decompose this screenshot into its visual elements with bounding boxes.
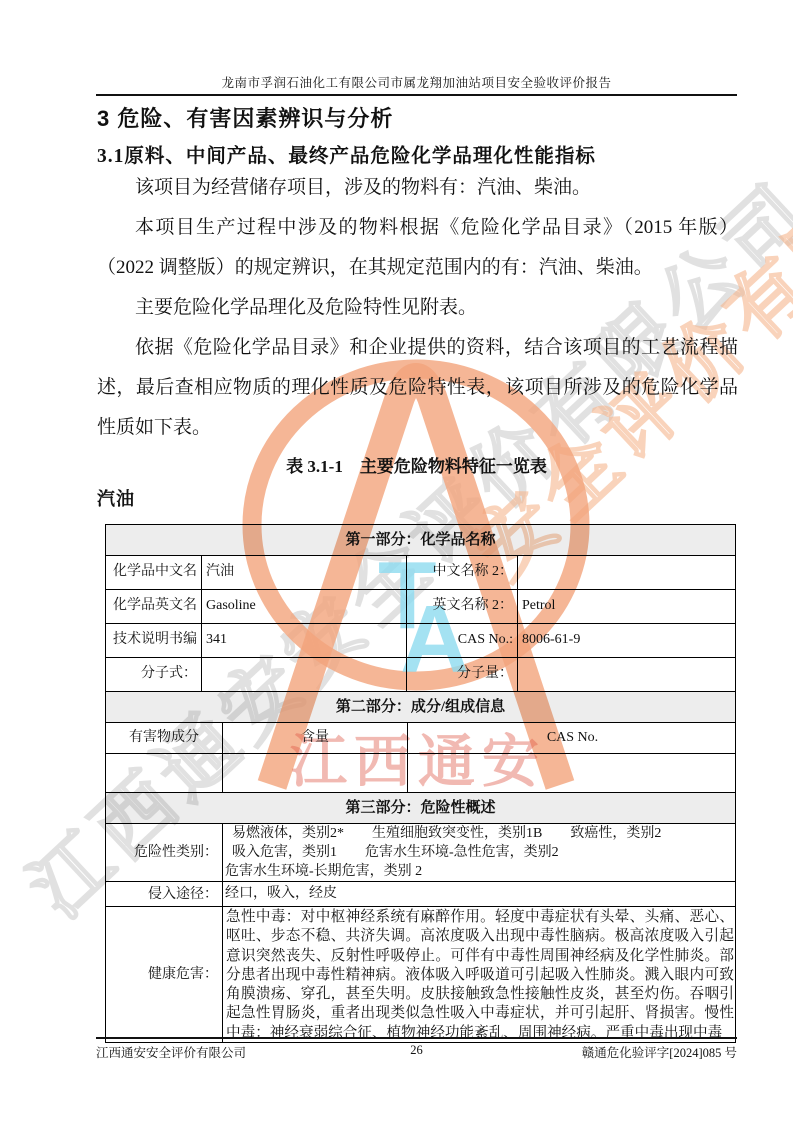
paragraph: 依据《危险化学品目录》和企业提供的资料，结合该项目的工艺流程描述，最后查相应物质…: [97, 328, 738, 448]
hazard-class-line: 危害水生环境-长期危害，类别 2: [223, 862, 737, 881]
table-row-hazard-class: 危险性类别： 易燃液体，类别2* 生殖细胞致突变性，类别1B 致癌性，类别2 吸…: [106, 824, 735, 882]
cell-value: Petrol: [518, 590, 737, 623]
cell-label: 英文名称 2：: [407, 590, 518, 623]
cell-value: 易燃液体，类别2* 生殖细胞致突变性，类别1B 致癌性，类别2 吸入危害，类别1…: [223, 824, 737, 881]
table-row: 技术说明书编码： 341 CAS No.: 8006-61-9: [106, 624, 735, 658]
cell-value: [408, 754, 737, 792]
paragraph: 本项目生产过程中涉及的物料根据《危险化学品目录》（2015 年版）（2022 调…: [97, 208, 738, 288]
table-row: 化学品英文名称： Gasoline 英文名称 2： Petrol: [106, 590, 735, 624]
cell-label: 中文名称 2：: [407, 556, 518, 589]
cell-value: [518, 556, 737, 589]
table-row: 分子式： 分子量：: [106, 658, 735, 692]
chapter-heading: 3 危险、有害因素辨识与分析: [97, 102, 393, 133]
column-header: 含量: [223, 723, 408, 753]
section-heading: 3.1原料、中间产品、最终产品危险化学品理化性能指标: [97, 140, 596, 168]
cell-value: [223, 754, 408, 792]
header-divider: [96, 94, 737, 96]
cell-value: [202, 658, 407, 691]
table-caption: 表 3.1-1 主要危险物料特征一览表: [96, 452, 737, 477]
table-row: [106, 754, 735, 793]
footer-company: 江西通安安全评价有限公司: [96, 1043, 246, 1061]
cell-value: 急性中毒：对中枢神经系统有麻醉作用。轻度中毒症状有头晕、头痛、恶心、呕吐、步态不…: [223, 907, 737, 1042]
page-header-title: 龙南市孚润石油化工有限公司市属龙翔加油站项目安全验收评价报告: [96, 73, 737, 91]
cell-value: 8006-61-9: [518, 624, 737, 657]
table-row: 化学品中文名称： 汽油 中文名称 2：: [106, 556, 735, 590]
cell-value: 341: [202, 624, 407, 657]
cell-label: 分子量：: [407, 658, 518, 691]
material-heading: 汽油: [97, 485, 135, 511]
cell-label: 侵入途径：: [106, 882, 223, 906]
document-page: 江西通安安全评价有限公司 安全评价有限公司 T A 江西通安 龙南市孚润石油化工…: [0, 0, 793, 1122]
cell-value: [518, 658, 737, 691]
footer-doc-number: 赣通危化验评字[2024]085 号: [582, 1043, 737, 1061]
cell-label: 技术说明书编码：: [106, 624, 202, 657]
cell-label: 健康危害：: [106, 907, 223, 1042]
document-content: 龙南市孚润石油化工有限公司市属龙翔加油站项目安全验收评价报告 3 危险、有害因素…: [0, 0, 793, 1122]
paragraph: 主要危险化学品理化及危险特性见附表。: [97, 288, 738, 328]
table-column-header-row: 有害物成分 含量 CAS No.: [106, 723, 735, 754]
hazard-characteristics-table: 第一部分：化学品名称 化学品中文名称： 汽油 中文名称 2： 化学品英文名称： …: [105, 524, 736, 1043]
cell-label: 危险性类别：: [106, 824, 223, 881]
column-header: CAS No.: [408, 723, 737, 753]
cell-label: CAS No.:: [407, 624, 518, 657]
cell-value: 经口，吸入，经皮: [223, 882, 737, 906]
body-paragraphs: 该项目为经营储存项目，涉及的物料有：汽油、柴油。 本项目生产过程中涉及的物料根据…: [97, 168, 738, 448]
table-part1-header: 第一部分：化学品名称: [106, 525, 735, 556]
table-row-entry-route: 侵入途径： 经口，吸入，经皮: [106, 882, 735, 907]
table-part3-header: 第三部分：危险性概述: [106, 793, 735, 824]
page-footer: 26 江西通安安全评价有限公司 赣通危化验评字[2024]085 号: [96, 1043, 737, 1061]
cell-value: Gasoline: [202, 590, 407, 623]
table-part2-header: 第二部分：成分/组成信息: [106, 692, 735, 723]
cell-label: 化学品英文名称：: [106, 590, 202, 623]
hazard-class-line: 吸入危害，类别1 危害水生环境-急性危害，类别2: [223, 843, 737, 862]
table-row-health-hazard: 健康危害： 急性中毒：对中枢神经系统有麻醉作用。轻度中毒症状有头晕、头痛、恶心、…: [106, 907, 735, 1042]
footer-divider: [96, 1037, 737, 1039]
column-header: 有害物成分: [106, 723, 223, 753]
cell-value: [106, 754, 223, 792]
cell-value: 汽油: [202, 556, 407, 589]
paragraph: 该项目为经营储存项目，涉及的物料有：汽油、柴油。: [97, 168, 738, 208]
cell-label: 分子式：: [106, 658, 202, 691]
cell-label: 化学品中文名称：: [106, 556, 202, 589]
hazard-class-line: 易燃液体，类别2* 生殖细胞致突变性，类别1B 致癌性，类别2: [223, 824, 737, 843]
